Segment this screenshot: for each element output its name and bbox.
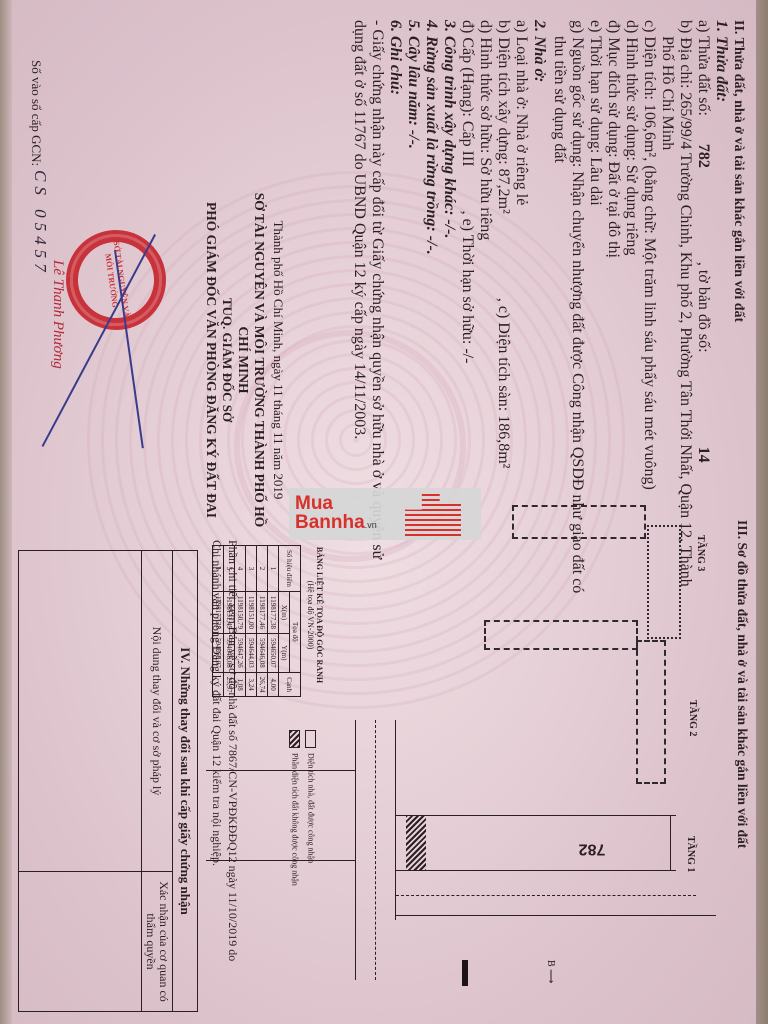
signer-title: PHÓ GIÁM ĐỐC VĂN PHÒNG ĐĂNG KÝ ĐẤT ĐAI [203, 180, 219, 540]
north-arrow: B ⟶ [545, 960, 556, 984]
legend-swatch-hatched [289, 730, 300, 748]
section-2-title: II. Thửa đất, nhà ở và tài sản khác gắn … [730, 20, 746, 490]
floor-label-2: TẦNG 2 [687, 700, 698, 736]
lot-number: 782 [579, 839, 606, 857]
floor-label-1: TẦNG 1 [685, 836, 696, 872]
table-edge [0, 0, 12, 1024]
house-heading: 2. Nhà ở: [530, 20, 548, 490]
notes-line: - Giấy chứng nhận này cấp đổi từ Giấy ch… [368, 20, 386, 490]
lot-boundary [396, 815, 676, 816]
address: b) Địa chỉ: 265/99/4 Trường Chinh, Khu p… [676, 20, 694, 490]
floor-2-plan [636, 640, 666, 784]
signature-block: Thành phố Hồ Chí Minh, ngày 11 tháng 11 … [203, 180, 286, 540]
floor-3-plan-body [512, 505, 646, 539]
lot-boundary [670, 815, 671, 870]
watermark-logo-text: Mua Bannha.vn [295, 494, 377, 535]
col-changes: Nội dung thay đổi và cơ sở pháp lý [142, 551, 172, 872]
coord-row: 11198177,38594650,074,00 [268, 546, 279, 697]
col-edge: Cạnh [279, 672, 301, 697]
section-4-table: IV. Những thay đổi sau khi cấp giấy chứn… [18, 550, 198, 1012]
usage-purpose: đ) Mục đích sử dụng: Đất ở tại đô thị [604, 20, 622, 490]
place-date: Thành phố Hồ Chí Minh, ngày 11 tháng 11 … [270, 180, 286, 540]
land-origin: g) Nguồn gốc sử dụng: Nhận chuyển nhượng… [568, 20, 586, 490]
house-type: a) Loại nhà ở: Nhà ở riêng lẻ [512, 20, 530, 490]
perennial-trees: 5. Cây lâu năm: -/-. [404, 20, 422, 490]
floor-label-3: TẦNG 3 [695, 535, 706, 571]
unrecognized-area [406, 815, 426, 870]
land-heading: 1. Thửa đất: [712, 20, 730, 490]
notes-line: dụng đất ở số 11767 do UBND Quận 12 ký c… [350, 20, 368, 490]
plantation: 4. Rừng sản xuất là rừng trồng: -/-. [422, 20, 440, 490]
usage-term: e) Thời hạn sử dụng: Lâu dài [586, 20, 604, 490]
confirmation-cell [19, 872, 141, 1011]
lot-boundary [396, 870, 676, 871]
alley-line [396, 895, 696, 896]
floor-3-plan [647, 525, 681, 639]
other-works: 3. Công trình xây dựng khác: -/-. [440, 20, 458, 490]
legend-unrecognized: Phần diện tích đất không được công nhận [289, 730, 300, 886]
floor-area: , c) Diện tích sàn: 186,8m² [495, 298, 512, 469]
usage-form: d) Hình thức sử dụng: Sử dụng riêng [622, 20, 640, 490]
map-sheet-number: 14 [695, 447, 712, 463]
on-behalf: TUQ. GIÁM ĐỐC SỞ [219, 180, 235, 540]
col-coords: Tọa độ [290, 591, 301, 672]
photo-frame: II. Thửa đất, nhà ở và tài sản khác gắn … [0, 0, 768, 1024]
issuing-agency: SỞ TÀI NGUYÊN VÀ MÔI TRƯỜNG THÀNH PHỐ HỒ… [235, 180, 267, 540]
floor-2-plan-body [484, 620, 638, 650]
road-center [375, 720, 376, 980]
scale-bar [462, 960, 468, 986]
ownership-form: d) Hình thức sở hữu: Sở hữu riêng [476, 20, 494, 490]
coord-row: 21198177,46594646,0826,74 [257, 546, 268, 697]
parcel-number: 782 [695, 144, 712, 168]
col-y: Y(m) [279, 633, 290, 672]
muabannha-watermark: Mua Bannha.vn [289, 488, 481, 540]
registration-number: CS 05457 [30, 170, 50, 277]
col-point: Số hiệu điểm [279, 546, 301, 592]
parcel-line: a) Thửa đất số: 782 , tờ bản đồ số: 14 [694, 20, 712, 490]
section-2: II. Thửa đất, nhà ở và tài sản khác gắn … [350, 20, 746, 490]
buildings-icon [405, 492, 461, 536]
road-edge [396, 915, 716, 916]
notes-heading: 6. Ghi chú: [386, 20, 404, 490]
registration-label: Số vào sổ cấp GCN: [28, 60, 44, 166]
legend-recognized: Diện tích nhà, đất được công nhận [305, 730, 316, 863]
section-3-title: III. Sơ đồ thửa đất, nhà ở và tài sản kh… [734, 520, 750, 848]
detail-note: Phần chi tiết xem Bản vẽ sơ đồ nhà đất s… [209, 540, 241, 961]
land-area: c) Diện tích: 106,6m², (bằng chữ: Một tr… [640, 20, 658, 490]
house-grade: đ) Cấp (Hạng): Cấp III , e) Thời hạn sở … [458, 20, 476, 490]
changes-cell [19, 551, 141, 872]
signer-name: Lê Thanh Phương [49, 260, 66, 369]
coord-row: 31198151,00594644,033,24 [246, 546, 257, 697]
legend-swatch-empty [305, 730, 316, 748]
coord-table-title: BẢNG LIỆT KÊ TỌA ĐỘ GÓC RANH (Hệ tọa độ … [306, 540, 324, 690]
road-edge [355, 720, 356, 980]
road-edge [395, 720, 396, 920]
col-x: X(m) [279, 591, 290, 633]
section-4-title: IV. Những thay đổi sau khi cấp giấy chứn… [172, 551, 197, 1011]
col-confirmation: Xác nhận của cơ quan có thẩm quyền [142, 872, 172, 1011]
construction-area: b) Diện tích xây dựng: 87,2m² , c) Diện … [494, 20, 512, 490]
